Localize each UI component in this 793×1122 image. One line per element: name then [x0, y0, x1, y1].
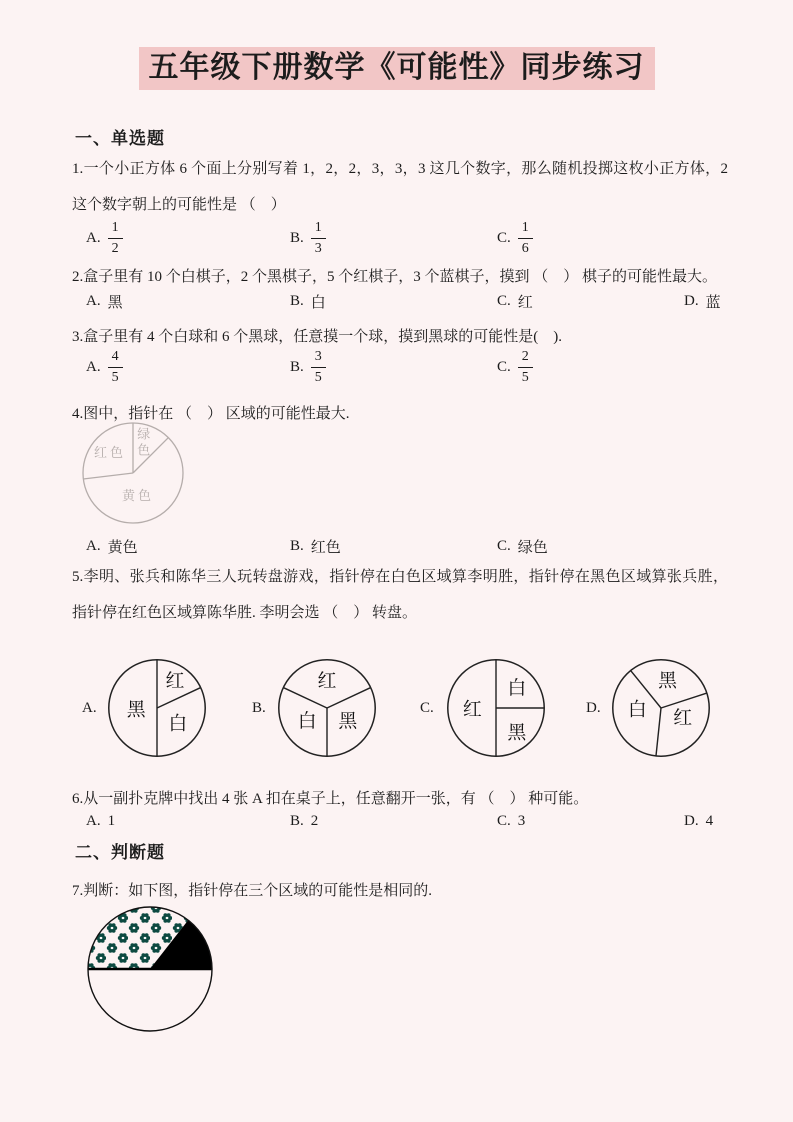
option-b: B.2	[290, 806, 318, 836]
question-5-text: 5.李明、张兵和陈华三人玩转盘游戏，指针停在白色区域算李明胜，指针停在黑色区域算…	[72, 559, 728, 631]
option-label: A.	[86, 230, 101, 247]
section-heading-single-choice: 一、单选题	[75, 124, 165, 149]
option-c: C.红	[497, 286, 533, 316]
spinner-c-sector-black: 黑	[507, 721, 526, 743]
pie-label-green: 绿色	[135, 427, 149, 459]
fraction: 13	[311, 219, 326, 257]
spinner-figure-b: 红 白 黑	[275, 656, 379, 760]
spinner-d-sector-red: 红	[673, 707, 692, 729]
spinner-a-sector-white: 白	[168, 713, 187, 735]
page-title: 五年级下册数学《可能性》同步练习	[0, 42, 793, 86]
option-a: A.1	[86, 806, 115, 836]
spinner-a-sector-red: 红	[166, 670, 185, 692]
question-2-options: A.黑 B.白 C.红 D.蓝	[72, 286, 762, 316]
q7-probability-wheel-figure	[84, 903, 216, 1035]
option-c: C.25	[497, 338, 533, 396]
spinner-c-letter: C.	[420, 700, 434, 717]
option-c: C.3	[497, 806, 525, 836]
option-d: D.蓝	[684, 286, 721, 316]
question-4-options: A.黄色 B.红色 C.绿色	[72, 531, 762, 561]
spinner-figure-a: 黑 红 白	[105, 656, 209, 760]
q5-spinner-figures: A. 黑 红 白 B. 红 白 黑 C. 红 白 黑 D.	[72, 648, 762, 780]
spinner-figure-d: 白 黑 红	[609, 656, 713, 760]
fraction: 16	[518, 219, 533, 257]
section-heading-judge: 二、判断题	[75, 838, 165, 863]
worksheet-page: 五年级下册数学《可能性》同步练习 一、单选题 1.一个小正方体 6 个面上分别写…	[0, 0, 793, 1122]
spinner-figure-c: 红 白 黑	[444, 656, 548, 760]
spinner-b-sector-red: 红	[318, 670, 337, 692]
question-6-options: A.1 B.2 C.3 D.4	[72, 806, 762, 836]
pie-label-red: 红色	[94, 446, 126, 460]
option-b: B.白	[290, 286, 326, 316]
spinner-d-letter: D.	[586, 700, 601, 717]
spinner-b-sector-white: 白	[298, 710, 317, 732]
spinner-a-sector-black: 黑	[127, 699, 146, 721]
fraction: 25	[518, 348, 533, 386]
q4-pie-figure: 红色 绿色 黄色	[78, 418, 194, 530]
spinner-d-sector-black: 黑	[658, 669, 677, 691]
fraction: 12	[108, 219, 123, 257]
option-a: A.黑	[86, 286, 123, 316]
spinner-b-letter: B.	[252, 700, 266, 717]
option-label: C.	[497, 230, 511, 247]
spinner-c-sector-red: 红	[463, 699, 482, 721]
pie-line-left	[83, 473, 133, 479]
spinner-a-letter: A.	[82, 700, 97, 717]
spinner-c-sector-white: 白	[507, 677, 526, 699]
fraction: 35	[311, 348, 326, 386]
spinner-b-sector-black: 黑	[338, 710, 357, 732]
option-d: D.4	[684, 806, 713, 836]
option-b: B.35	[290, 338, 326, 396]
option-label: B.	[290, 230, 304, 247]
pie-label-yellow: 黄色	[122, 489, 154, 503]
option-a: A.45	[86, 338, 123, 396]
question-3-options: A.45 B.35 C.25	[72, 338, 762, 396]
spinner-d-sector-white: 白	[628, 699, 647, 721]
option-b: B.红色	[290, 531, 341, 561]
fraction: 45	[108, 348, 123, 386]
option-c: C.绿色	[497, 531, 548, 561]
page-title-text: 五年级下册数学《可能性》同步练习	[139, 47, 655, 90]
q4-pie-sketch	[78, 418, 188, 528]
option-a: A.黄色	[86, 531, 138, 561]
q7-wheel-svg	[84, 903, 216, 1035]
